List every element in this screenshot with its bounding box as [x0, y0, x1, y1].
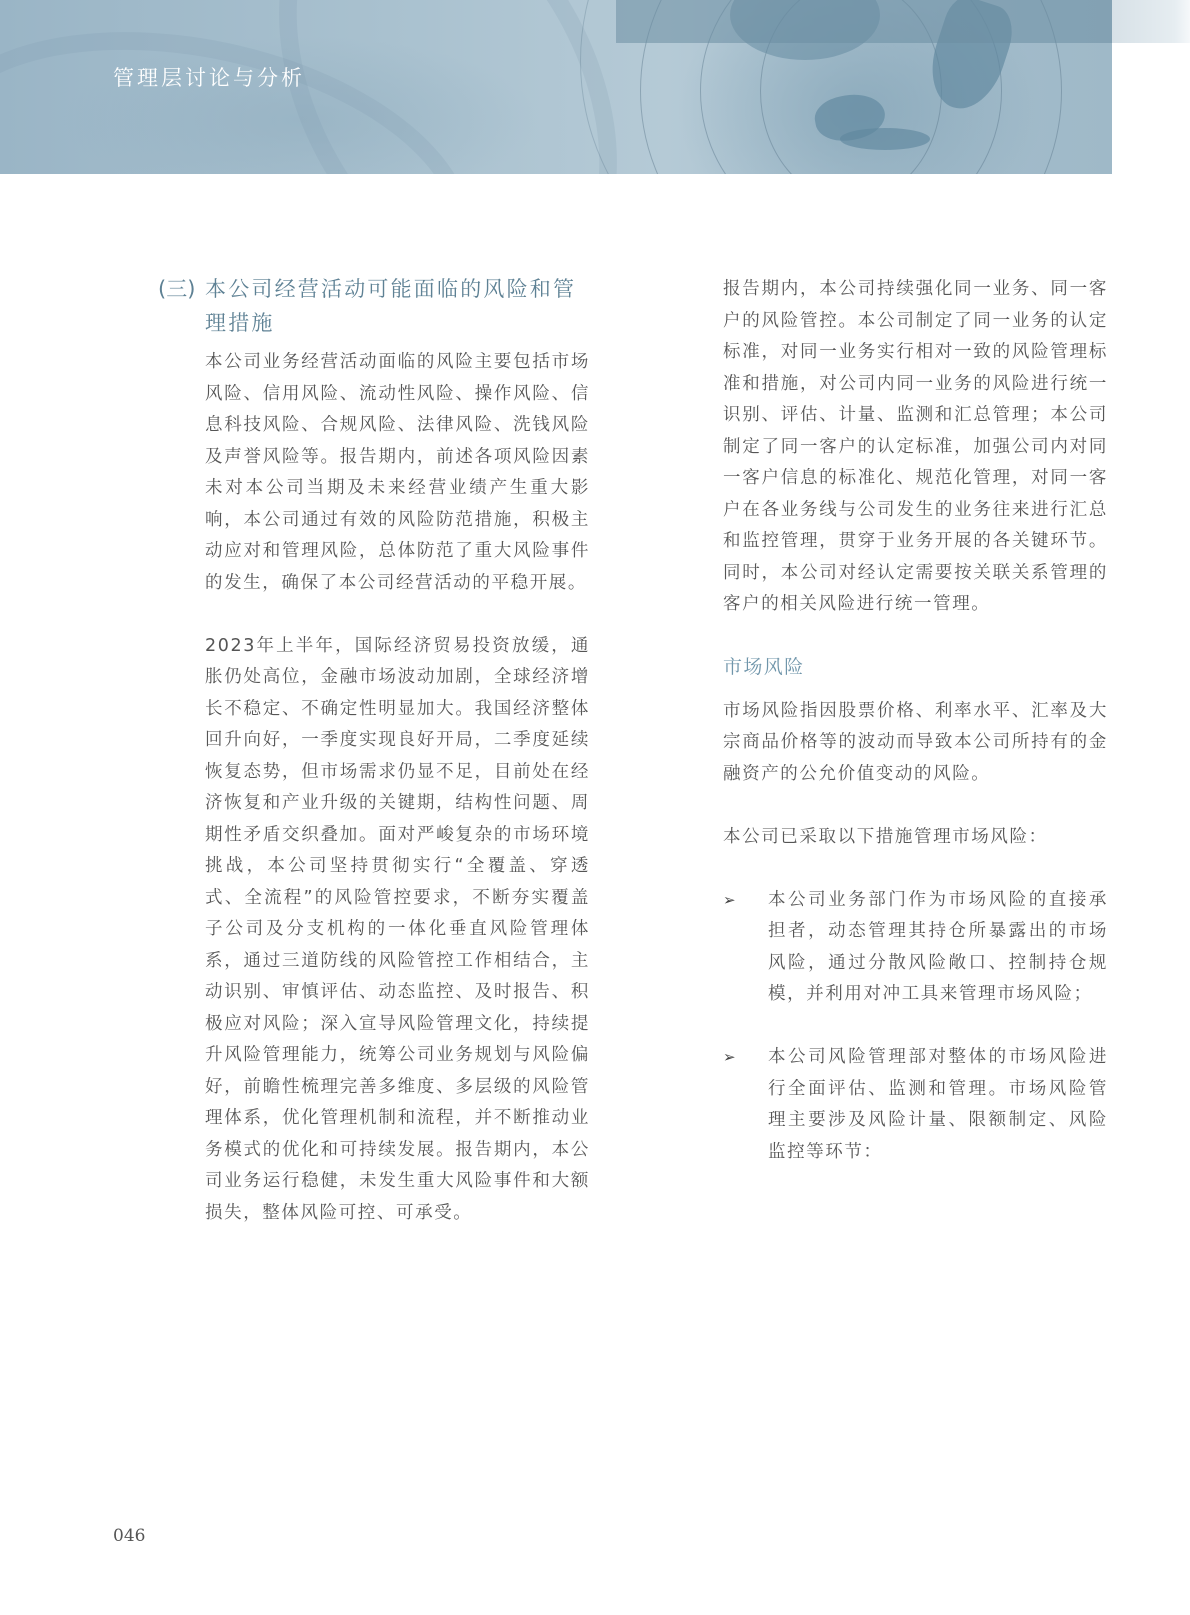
- paragraph-economic-environment: 2023年上半年，国际经济贸易投资放缓，通胀仍处高位，金融市场波动加剧，全球经济…: [205, 631, 590, 1230]
- measures-list: ➢ 本公司业务部门作为市场风险的直接承担者，动态管理其持仓所暴露出的市场风险，通…: [723, 885, 1108, 1169]
- arrowhead-bullet-icon: ➢: [723, 1042, 745, 1074]
- paragraph-same-business-client: 报告期内，本公司持续强化同一业务、同一客户的风险管控。本公司制定了同一业务的认定…: [723, 274, 1108, 621]
- paragraph-market-risk-definition: 市场风险指因股票价格、利率水平、汇率及大宗商品价格等的波动而导致本公司所持有的金…: [723, 696, 1108, 791]
- decorative-top-band-edge: [1112, 0, 1190, 43]
- decorative-top-band: [616, 0, 1190, 43]
- paragraph-risk-overview: 本公司业务经营活动面临的风险主要包括市场风险、信用风险、流动性风险、操作风险、信…: [205, 347, 590, 599]
- list-item: ➢ 本公司风险管理部对整体的市场风险进行全面评估、监测和管理。市场风险管理主要涉…: [723, 1042, 1108, 1168]
- list-item-text: 本公司风险管理部对整体的市场风险进行全面评估、监测和管理。市场风险管理主要涉及风…: [768, 1047, 1108, 1162]
- page-number: 046: [113, 1526, 145, 1546]
- section-title-line2: 理措施: [158, 306, 598, 340]
- subheading-market-risk: 市场风险: [723, 652, 1108, 684]
- paragraph-measures-intro: 本公司已采取以下措施管理市场风险：: [723, 822, 1108, 854]
- globe-continent: [840, 128, 930, 150]
- section-heading: (三)本公司经营活动可能面临的风险和管 理措施: [158, 272, 598, 340]
- section-number: (三): [158, 272, 205, 306]
- arrowhead-bullet-icon: ➢: [723, 885, 745, 917]
- left-column: 本公司业务经营活动面临的风险主要包括市场风险、信用风险、流动性风险、操作风险、信…: [205, 347, 590, 1229]
- section-title-line1: 本公司经营活动可能面临的风险和管: [205, 277, 576, 301]
- right-column: 报告期内，本公司持续强化同一业务、同一客户的风险管控。本公司制定了同一业务的认定…: [723, 274, 1108, 1200]
- list-item: ➢ 本公司业务部门作为市场风险的直接承担者，动态管理其持仓所暴露出的市场风险，通…: [723, 885, 1108, 1011]
- section-header-title: 管理层讨论与分析: [113, 62, 305, 92]
- list-item-text: 本公司业务部门作为市场风险的直接承担者，动态管理其持仓所暴露出的市场风险，通过分…: [768, 890, 1108, 1005]
